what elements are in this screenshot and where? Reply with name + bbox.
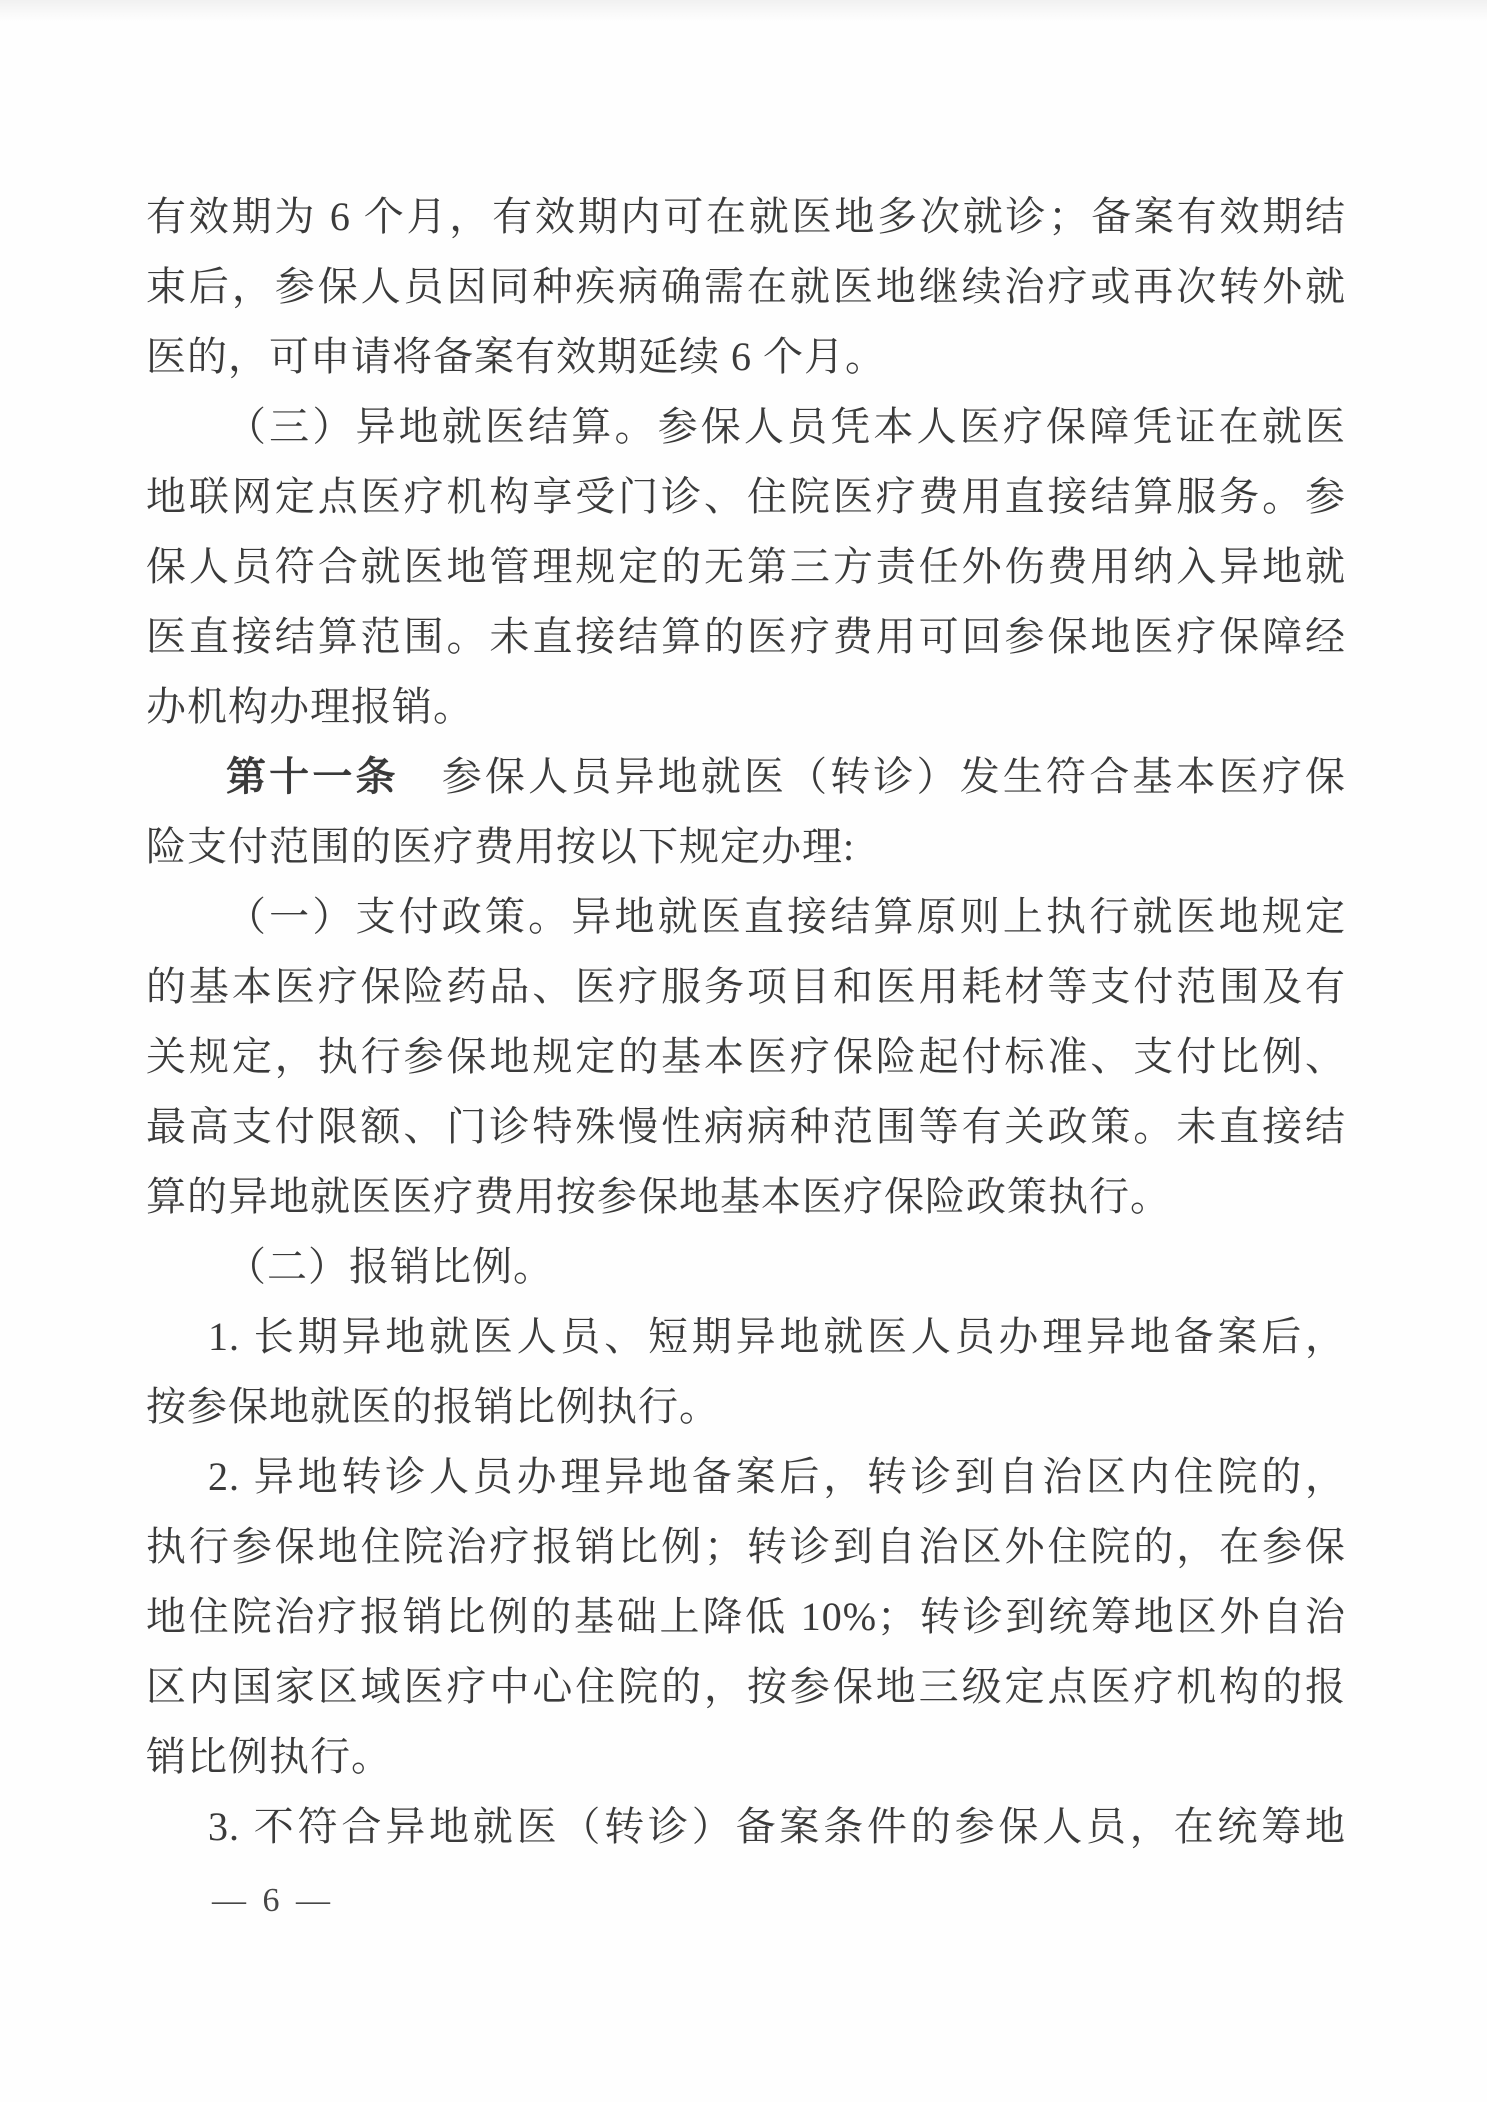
text-line: 有效期为 6 个月，有效期内可在就医地多次就诊；备案有效期结: [146, 182, 1346, 252]
text-line: 执行参保地住院治疗报销比例；转诊到自治区外住院的，在参保: [146, 1512, 1346, 1582]
text-line: （二）报销比例。: [146, 1232, 1346, 1302]
text-line: 按参保地就医的报销比例执行。: [146, 1372, 1346, 1442]
text-line: 关规定，执行参保地规定的基本医疗保险起付标准、支付比例、: [146, 1022, 1346, 1092]
text-line: 保人员符合就医地管理规定的无第三方责任外伤费用纳入异地就: [146, 532, 1346, 602]
text-line: 2. 异地转诊人员办理异地备案后，转诊到自治区内住院的，: [146, 1442, 1346, 1512]
page-number: — 6 —: [212, 1882, 334, 1920]
text-line: 区内国家区域医疗中心住院的，按参保地三级定点医疗机构的报: [146, 1652, 1346, 1722]
article-text: 参保人员异地就医（转诊）发生符合基本医疗保: [399, 754, 1346, 799]
text-line: 医的，可申请将备案有效期延续 6 个月。: [146, 322, 1346, 392]
text-line: 束后，参保人员因同种疾病确需在就医地继续治疗或再次转外就: [146, 252, 1346, 322]
text-line: 地住院治疗报销比例的基础上降低 10%；转诊到统筹地区外自治: [146, 1582, 1346, 1652]
text-line: 医直接结算范围。未直接结算的医疗费用可回参保地医疗保障经: [146, 602, 1346, 672]
article-number: 第十一条: [226, 754, 399, 799]
text-line: 算的异地就医医疗费用按参保地基本医疗保险政策执行。: [146, 1162, 1346, 1232]
text-line: （一）支付政策。异地就医直接结算原则上执行就医地规定: [146, 882, 1346, 952]
text-line: 险支付范围的医疗费用按以下规定办理:: [146, 812, 1346, 882]
text-line: 最高支付限额、门诊特殊慢性病病种范围等有关政策。未直接结: [146, 1092, 1346, 1162]
scan-artifact-strip: [0, 0, 1487, 22]
text-line: 3. 不符合异地就医（转诊）备案条件的参保人员，在统筹地: [146, 1792, 1346, 1862]
text-line: 地联网定点医疗机构享受门诊、住院医疗费用直接结算服务。参: [146, 462, 1346, 532]
article-heading-line: 第十一条 参保人员异地就医（转诊）发生符合基本医疗保: [146, 742, 1346, 812]
text-line: 销比例执行。: [146, 1722, 1346, 1792]
text-line: 办机构办理报销。: [146, 672, 1346, 742]
document-page: 有效期为 6 个月，有效期内可在就医地多次就诊；备案有效期结 束后，参保人员因同…: [0, 0, 1487, 2102]
body-text: 有效期为 6 个月，有效期内可在就医地多次就诊；备案有效期结 束后，参保人员因同…: [146, 182, 1346, 1862]
text-line: 1. 长期异地就医人员、短期异地就医人员办理异地备案后，: [146, 1302, 1346, 1372]
text-line: 的基本医疗保险药品、医疗服务项目和医用耗材等支付范围及有: [146, 952, 1346, 1022]
text-line: （三）异地就医结算。参保人员凭本人医疗保障凭证在就医: [146, 392, 1346, 462]
